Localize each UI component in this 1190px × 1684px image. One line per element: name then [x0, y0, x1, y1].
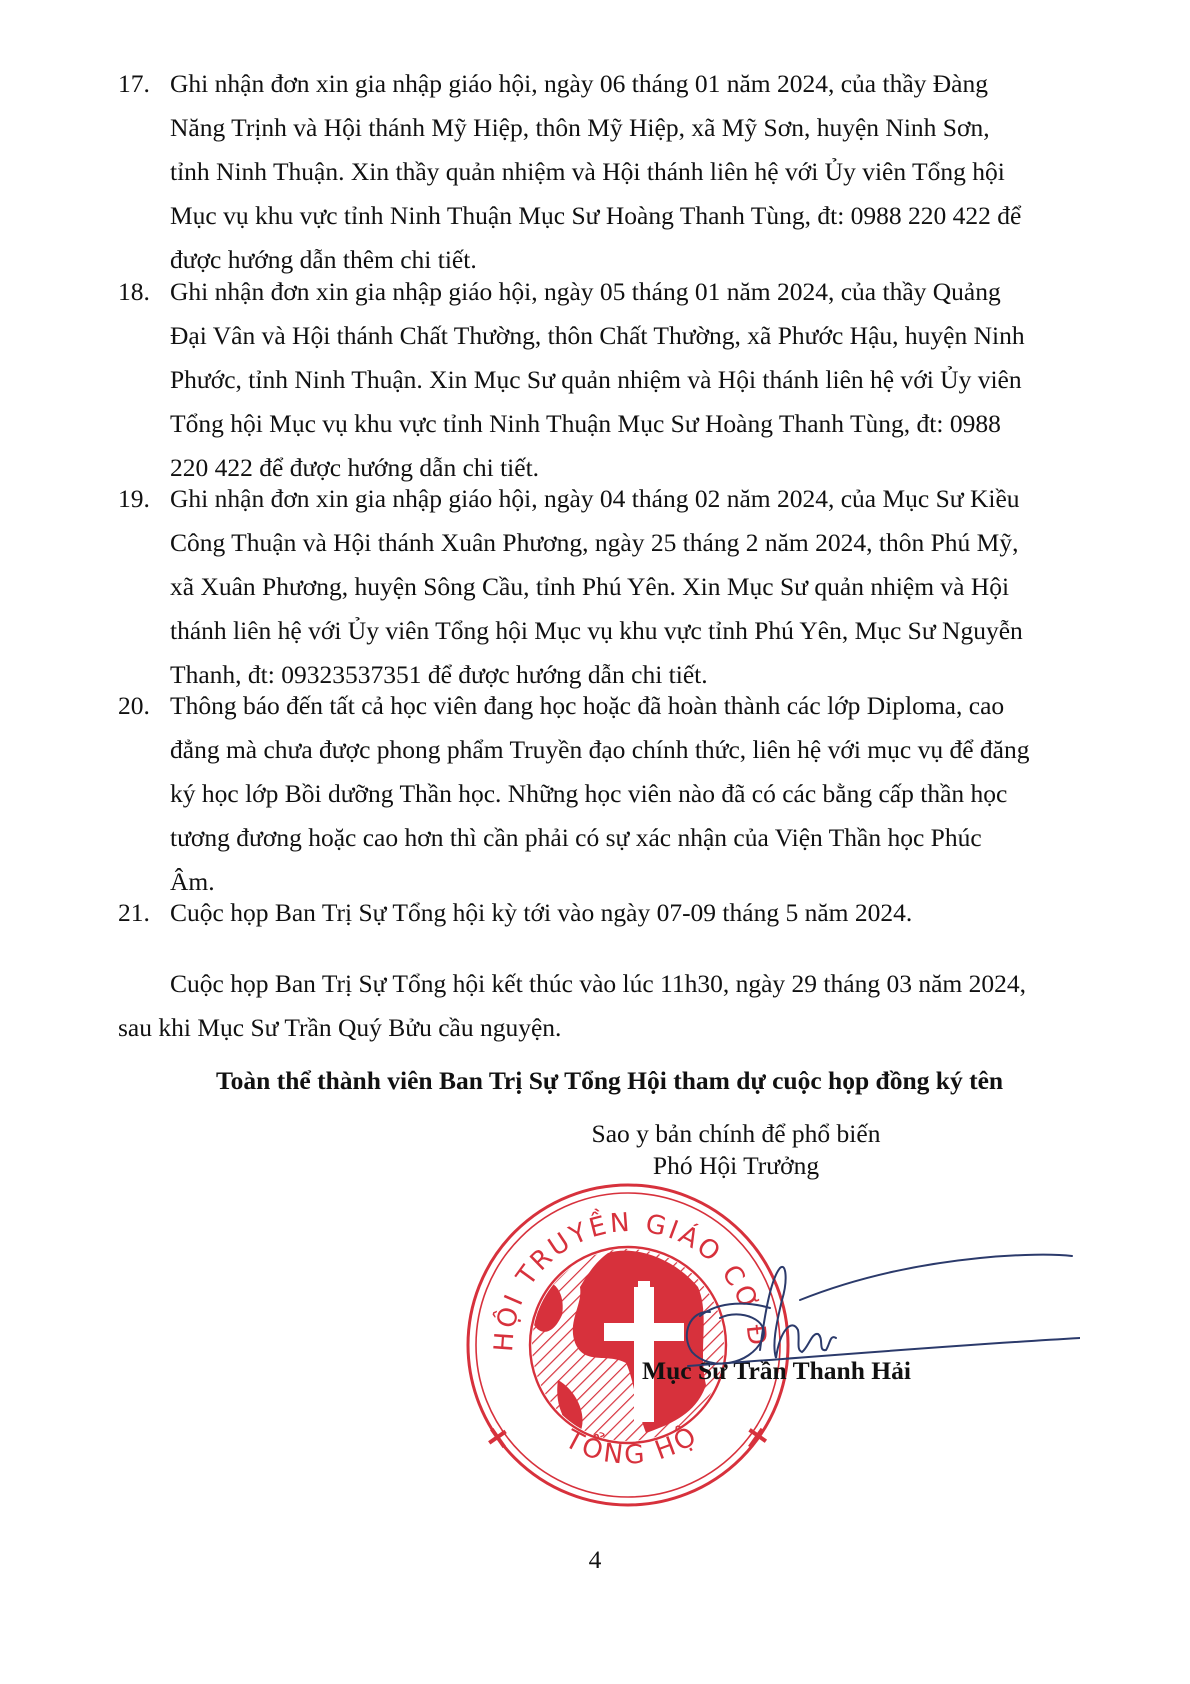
list-item-19: 19. Ghi nhận đơn xin gia nhập giáo hội, …	[118, 477, 1118, 697]
item-line: tương đương hoặc cao hơn thì cần phải có…	[170, 816, 1118, 860]
signature-block: Sao y bản chính để phổ biến Phó Hội Trưở…	[586, 1118, 886, 1182]
item-line: Mục vụ khu vực tỉnh Ninh Thuận Mục Sư Ho…	[170, 194, 1118, 238]
item-line: Thông báo đến tất cả học viên đang học h…	[170, 684, 1118, 728]
item-line: Công Thuận và Hội thánh Xuân Phương, ngà…	[170, 521, 1118, 565]
item-line: Tổng hội Mục vụ khu vực tỉnh Ninh Thuận …	[170, 402, 1118, 446]
item-line: Năng Trịnh và Hội thánh Mỹ Hiệp, thôn Mỹ…	[170, 106, 1118, 150]
item-line: đẳng mà chưa được phong phẩm Truyền đạo …	[170, 728, 1118, 772]
closing-line-1: Cuộc họp Ban Trị Sự Tổng hội kết thúc và…	[118, 962, 1118, 1006]
closing-paragraph: Cuộc họp Ban Trị Sự Tổng hội kết thúc và…	[118, 962, 1118, 1050]
item-line: thánh liên hệ với Ủy viên Tổng hội Mục v…	[170, 609, 1118, 653]
list-item-18: 18. Ghi nhận đơn xin gia nhập giáo hội, …	[118, 270, 1118, 490]
copy-note: Sao y bản chính để phổ biến	[586, 1118, 886, 1150]
item-line: Cuộc họp Ban Trị Sự Tổng hội kỳ tới vào …	[170, 891, 1118, 935]
signatories-note: Toàn thể thành viên Ban Trị Sự Tổng Hội …	[216, 1066, 1003, 1096]
item-number: 19.	[118, 477, 168, 521]
item-number: 21.	[118, 891, 168, 935]
list-item-17: 17. Ghi nhận đơn xin gia nhập giáo hội, …	[118, 62, 1118, 282]
page-number: 4	[0, 1545, 1190, 1575]
handwritten-signature-icon	[680, 1240, 1080, 1390]
item-number: 18.	[118, 270, 168, 314]
item-line: Ghi nhận đơn xin gia nhập giáo hội, ngày…	[170, 477, 1118, 521]
closing-line-2: sau khi Mục Sư Trần Quý Bửu cầu nguyện.	[118, 1006, 1118, 1050]
list-item-21: 21. Cuộc họp Ban Trị Sự Tổng hội kỳ tới …	[118, 891, 1118, 935]
item-line: tỉnh Ninh Thuận. Xin thầy quản nhiệm và …	[170, 150, 1118, 194]
item-line: Ghi nhận đơn xin gia nhập giáo hội, ngày…	[170, 270, 1118, 314]
item-line: Phước, tỉnh Ninh Thuận. Xin Mục Sư quản …	[170, 358, 1118, 402]
item-line: xã Xuân Phương, huyện Sông Cầu, tỉnh Phú…	[170, 565, 1118, 609]
list-item-20: 20. Thông báo đến tất cả học viên đang h…	[118, 684, 1118, 904]
document-page: 17. Ghi nhận đơn xin gia nhập giáo hội, …	[0, 0, 1190, 1684]
item-number: 17.	[118, 62, 168, 106]
item-number: 20.	[118, 684, 168, 728]
item-line: Ghi nhận đơn xin gia nhập giáo hội, ngày…	[170, 62, 1118, 106]
item-line: Đại Vân và Hội thánh Chất Thường, thôn C…	[170, 314, 1118, 358]
item-line: ký học lớp Bồi dưỡng Thần học. Những học…	[170, 772, 1118, 816]
